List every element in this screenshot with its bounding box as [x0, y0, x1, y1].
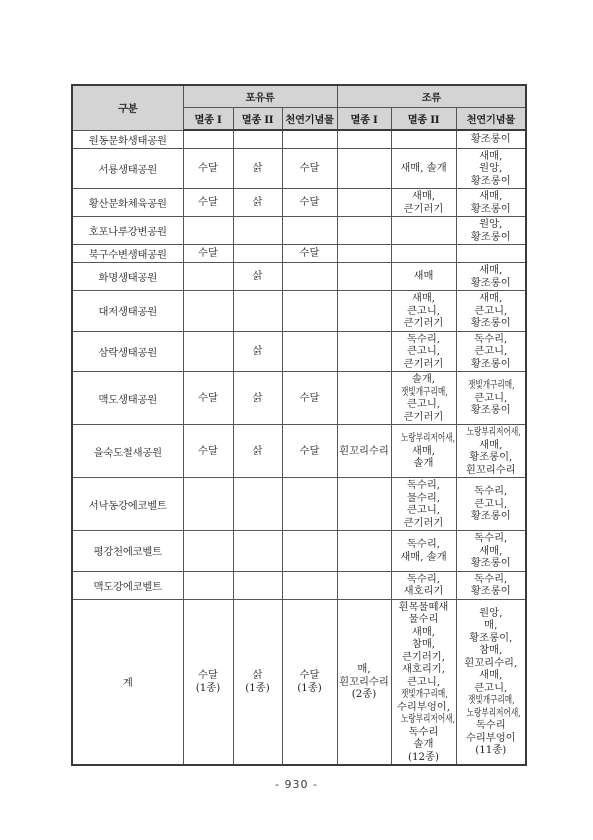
species-line: 수달 — [185, 669, 232, 682]
species-line: 큰고니, — [393, 345, 455, 358]
species-line: 흰꼬리수리 — [339, 676, 390, 689]
species-cell: 새매,큰고니,황조롱이 — [456, 291, 526, 332]
species-line: 흰꼬리수리 — [458, 464, 525, 477]
species-cell — [391, 245, 456, 263]
species-cell: 새매,황조롱이 — [456, 263, 526, 291]
species-line: 독수리, — [393, 333, 455, 346]
species-line: 잿빛개구리매, — [466, 694, 515, 707]
site-name-cell: 맥도생태공원 — [72, 372, 183, 425]
species-line: (1종) — [235, 682, 281, 695]
species-line: 황조롱이 — [458, 557, 525, 570]
species-line: 새호리기 — [393, 585, 455, 598]
site-name-cell: 원동문화생태공원 — [72, 130, 183, 148]
species-line: 황조롱이 — [458, 175, 525, 188]
species-line: 삵 — [235, 345, 281, 358]
species-line: 독수리, — [458, 573, 525, 586]
species-line: 새매, — [458, 669, 525, 682]
species-cell: 수달 — [183, 245, 233, 263]
species-cell — [391, 130, 456, 148]
table-row: 대저생태공원새매,큰고니,큰기러기새매,큰고니,황조롱이 — [72, 291, 526, 332]
species-cell: 흰목물떼새물수리새매,참매,큰기러기,새호리기,큰고니,잿빛개구리매,수리부엉이… — [391, 599, 456, 765]
species-cell — [337, 263, 391, 291]
species-cell: 솔개,잿빛개구리매,큰고니,큰기러기 — [391, 372, 456, 425]
species-line: 참매, — [458, 644, 525, 657]
species-cell — [233, 478, 282, 531]
species-cell — [233, 531, 282, 572]
species-line: 흰목물떼새 — [393, 601, 455, 614]
species-line: 잿빛개구리매, — [401, 386, 447, 399]
species-line: 황조롱이 — [458, 231, 525, 244]
species-line: 큰기러기 — [393, 203, 455, 216]
species-cell: 새매,황조롱이 — [456, 189, 526, 217]
species-line: 큰고니, — [393, 398, 455, 411]
species-line: 큰고니, — [393, 305, 455, 318]
species-line: 노랑부리저어새, — [401, 713, 447, 726]
species-cell — [183, 531, 233, 572]
species-line: 큰고니, — [458, 682, 525, 695]
species-line: 독수리, — [393, 538, 455, 551]
species-cell: 수달 — [282, 245, 337, 263]
species-cell: 독수리,큰고니,황조롱이 — [456, 478, 526, 531]
species-cell — [233, 130, 282, 148]
species-line: 새매, — [393, 292, 455, 305]
table-row: 계수달(1종)삵(1종)수달(1종)매,흰꼬리수리(2종)흰목물떼새물수리새매,… — [72, 599, 526, 765]
species-cell: 수달 — [282, 372, 337, 425]
table-row: 호포나루강변공원원앙,황조롱이 — [72, 217, 526, 245]
table-row: 맥도생태공원수달삵수달솔개,잿빛개구리매,큰고니,큰기러기잿빛개구리매,큰고니,… — [72, 372, 526, 425]
species-cell — [282, 130, 337, 148]
species-line: 참매, — [393, 638, 455, 651]
species-line: 잿빛개구리매, — [401, 688, 447, 701]
species-line: 큰고니, — [458, 498, 525, 511]
species-cell — [337, 331, 391, 372]
table-row: 북구수변생태공원수달수달 — [72, 245, 526, 263]
species-cell: 삵 — [233, 331, 282, 372]
species-line: 황조롱이 — [458, 358, 525, 371]
site-name-cell: 계 — [72, 599, 183, 765]
species-cell: 매,흰꼬리수리(2종) — [337, 599, 391, 765]
species-cell — [183, 331, 233, 372]
species-cell — [282, 291, 337, 332]
species-line: 황조롱이 — [458, 277, 525, 290]
species-cell: 삵 — [233, 372, 282, 425]
site-name-cell: 북구수변생태공원 — [72, 245, 183, 263]
species-cell — [337, 291, 391, 332]
col-header-birds: 조류 — [337, 85, 526, 108]
species-cell — [337, 217, 391, 245]
species-line: 수리부엉이, — [393, 701, 455, 714]
site-name-cell: 대저생태공원 — [72, 291, 183, 332]
species-line: 새매, — [393, 626, 455, 639]
species-line: (12종) — [393, 751, 455, 764]
col-header-mammal-natural-monument: 천연기념물 — [282, 108, 337, 131]
species-line: 독수리, — [393, 573, 455, 586]
site-name-cell: 서낙동강에코벨트 — [72, 478, 183, 531]
table-row: 서룡생태공원수달삵수달새매, 솔개새매,원앙,황조롱이 — [72, 148, 526, 189]
species-line: 큰기러기 — [393, 411, 455, 424]
species-cell: 새매,큰기러기 — [391, 189, 456, 217]
page-number: - 930 - — [0, 778, 593, 791]
species-cell — [337, 148, 391, 189]
col-header-mammal-endangered-2: 멸종 II — [233, 108, 282, 131]
species-cell: 독수리,새매,황조롱이 — [456, 531, 526, 572]
species-line: 수리부엉이 — [458, 732, 525, 745]
table-row: 삼락생태공원삵독수리,큰고니,큰기러기독수리,큰고니,황조롱이 — [72, 331, 526, 372]
species-line: 새매 — [393, 270, 455, 283]
col-header-bird-endangered-2: 멸종 II — [391, 108, 456, 131]
species-line: 물수리 — [393, 613, 455, 626]
species-line: 물수리, — [393, 492, 455, 505]
species-line: 독수리, — [458, 532, 525, 545]
table-row: 을숙도철새공원수달삵수달흰꼬리수리노랑부리저어새,새매,솔개노랑부리저어새,새매… — [72, 425, 526, 478]
species-line: 흰꼬리수리 — [339, 445, 390, 458]
species-cell — [183, 217, 233, 245]
table-row: 서낙동강에코벨트독수리,물수리,큰고니,큰기러기독수리,큰고니,황조롱이 — [72, 478, 526, 531]
species-cell — [183, 478, 233, 531]
species-line: 수달 — [185, 196, 232, 209]
species-line: 원앙, — [458, 162, 525, 175]
col-header-bird-endangered-1: 멸종 I — [337, 108, 391, 131]
species-line: 황조롱이, — [458, 632, 525, 645]
species-line: 솔개 — [393, 738, 455, 751]
species-cell: 수달(1종) — [183, 599, 233, 765]
species-cell — [456, 245, 526, 263]
species-line: (1종) — [284, 682, 336, 695]
species-line: 매, — [458, 619, 525, 632]
species-cell — [183, 571, 233, 599]
species-line: 삵 — [235, 270, 281, 283]
species-line: 큰기러기, — [393, 651, 455, 664]
site-name-cell: 삼락생태공원 — [72, 331, 183, 372]
species-cell — [337, 478, 391, 531]
species-line: 새매, — [458, 190, 525, 203]
species-line: 황조롱이 — [458, 317, 525, 330]
species-line: 새호리기, — [393, 663, 455, 676]
species-cell: 삵 — [233, 425, 282, 478]
species-cell — [337, 130, 391, 148]
site-name-cell: 화명생태공원 — [72, 263, 183, 291]
species-line: 황조롱이, — [458, 451, 525, 464]
species-line: 새매, — [458, 150, 525, 163]
species-line: 새매, 솔개 — [393, 162, 455, 175]
species-cell: 원앙,매,황조롱이,참매,흰꼬리수리,새매,큰고니,잿빛개구리매,노랑부리저어새… — [456, 599, 526, 765]
species-cell: 새매,큰고니,큰기러기 — [391, 291, 456, 332]
species-line: 큰기러기 — [393, 317, 455, 330]
species-cell — [282, 263, 337, 291]
species-line: 수달 — [185, 445, 232, 458]
species-line: 수달 — [284, 445, 336, 458]
species-cell — [282, 478, 337, 531]
species-line: 황조롱이 — [458, 585, 525, 598]
species-line: (1종) — [185, 682, 232, 695]
species-line: 큰고니, — [393, 676, 455, 689]
site-name-cell: 서룡생태공원 — [72, 148, 183, 189]
species-line: 황조롱이 — [458, 404, 525, 417]
species-cell: 수달 — [183, 425, 233, 478]
species-line: 황조롱이 — [458, 510, 525, 523]
species-cell: 노랑부리저어새,새매,솔개 — [391, 425, 456, 478]
document-page: 구분 포유류 조류 멸종 I 멸종 II 천연기념물 멸종 I 멸종 II 천연… — [0, 0, 593, 840]
species-line: 솔개, — [393, 373, 455, 386]
table-body: 원동문화생태공원황조롱이서룡생태공원수달삵수달새매, 솔개새매,원앙,황조롱이황… — [72, 130, 526, 765]
species-line: 삵 — [235, 445, 281, 458]
species-line: 새매, — [458, 264, 525, 277]
species-line: 원앙, — [458, 218, 525, 231]
species-cell: 원앙,황조롱이 — [456, 217, 526, 245]
species-cell: 수달 — [282, 425, 337, 478]
group-header-row: 구분 포유류 조류 — [72, 85, 526, 108]
species-line: 솔개 — [393, 457, 455, 470]
species-line: 독수리, — [393, 479, 455, 492]
species-line: 큰고니, — [458, 345, 525, 358]
site-name-cell: 호포나루강변공원 — [72, 217, 183, 245]
species-line: 새매, — [458, 292, 525, 305]
species-line: 삵 — [235, 669, 281, 682]
species-line: 수달 — [185, 392, 232, 405]
species-line: 새매, — [393, 190, 455, 203]
col-header-mammal-endangered-1: 멸종 I — [183, 108, 233, 131]
species-line: 원앙, — [458, 607, 525, 620]
col-header-category: 구분 — [72, 85, 183, 130]
species-line: 삵 — [235, 196, 281, 209]
species-cell: 수달 — [183, 189, 233, 217]
species-table: 구분 포유류 조류 멸종 I 멸종 II 천연기념물 멸종 I 멸종 II 천연… — [71, 84, 527, 766]
species-cell: 수달 — [282, 148, 337, 189]
species-cell: 새매,원앙,황조롱이 — [456, 148, 526, 189]
site-name-cell: 맥도강에코벨트 — [72, 571, 183, 599]
species-cell: 흰꼬리수리 — [337, 425, 391, 478]
species-line: 노랑부리저어새, — [466, 707, 515, 720]
species-cell: 노랑부리저어새,새매,황조롱이,흰꼬리수리 — [456, 425, 526, 478]
species-line: 독수리, — [458, 333, 525, 346]
species-cell — [233, 245, 282, 263]
species-line: 노랑부리저어새, — [466, 426, 515, 439]
species-cell: 수달 — [183, 148, 233, 189]
species-line: 큰고니, — [393, 504, 455, 517]
species-cell: 삵(1종) — [233, 599, 282, 765]
species-line: 새매, — [458, 439, 525, 452]
species-line: 황조롱이 — [458, 203, 525, 216]
table-row: 화명생태공원삵새매새매,황조롱이 — [72, 263, 526, 291]
species-cell: 삵 — [233, 148, 282, 189]
species-line: 수달 — [284, 162, 336, 175]
species-cell — [337, 571, 391, 599]
species-cell — [233, 571, 282, 599]
species-cell — [282, 571, 337, 599]
species-cell: 새매, 솔개 — [391, 148, 456, 189]
species-cell: 삵 — [233, 189, 282, 217]
table-header: 구분 포유류 조류 멸종 I 멸종 II 천연기념물 멸종 I 멸종 II 천연… — [72, 85, 526, 130]
species-line: 노랑부리저어새, — [401, 432, 447, 445]
species-line: 큰기러기 — [393, 358, 455, 371]
species-cell — [183, 263, 233, 291]
site-name-cell: 평강천에코벨트 — [72, 531, 183, 572]
species-line: 독수리 — [393, 726, 455, 739]
species-line: 큰고니, — [458, 392, 525, 405]
table-row: 원동문화생태공원황조롱이 — [72, 130, 526, 148]
table-row: 황산문화체육공원수달삵수달새매,큰기러기새매,황조롱이 — [72, 189, 526, 217]
species-cell — [337, 245, 391, 263]
table-row: 평강천에코벨트독수리,새매, 솔개독수리,새매,황조롱이 — [72, 531, 526, 572]
species-cell — [282, 331, 337, 372]
species-line: 새매, — [393, 445, 455, 458]
site-name-cell: 을숙도철새공원 — [72, 425, 183, 478]
col-header-bird-natural-monument: 천연기념물 — [456, 108, 526, 131]
species-line: 큰기러기 — [393, 517, 455, 530]
species-line: 수달 — [284, 392, 336, 405]
species-cell: 수달(1종) — [282, 599, 337, 765]
species-line: 수달 — [185, 247, 232, 260]
species-cell: 독수리,물수리,큰고니,큰기러기 — [391, 478, 456, 531]
site-name-cell: 황산문화체육공원 — [72, 189, 183, 217]
species-line: (2종) — [339, 688, 390, 701]
species-line: (11종) — [458, 744, 525, 757]
species-line: 흰꼬리수리, — [458, 657, 525, 670]
species-cell: 독수리,큰고니,큰기러기 — [391, 331, 456, 372]
species-cell: 삵 — [233, 263, 282, 291]
species-cell: 새매 — [391, 263, 456, 291]
species-line: 수달 — [284, 196, 336, 209]
species-line: 삵 — [235, 162, 281, 175]
species-cell: 수달 — [183, 372, 233, 425]
species-cell: 잿빛개구리매,큰고니,황조롱이 — [456, 372, 526, 425]
col-header-mammals: 포유류 — [183, 85, 337, 108]
species-cell — [391, 217, 456, 245]
species-line: 황조롱이 — [458, 133, 525, 146]
species-line: 새매, — [458, 545, 525, 558]
species-cell — [233, 291, 282, 332]
species-cell — [183, 291, 233, 332]
species-cell — [282, 217, 337, 245]
species-cell: 독수리,황조롱이 — [456, 571, 526, 599]
species-cell — [183, 130, 233, 148]
species-line: 수달 — [284, 669, 336, 682]
species-cell — [337, 189, 391, 217]
species-cell — [337, 531, 391, 572]
species-cell — [282, 531, 337, 572]
species-line: 매, — [339, 663, 390, 676]
species-line: 독수리 — [458, 719, 525, 732]
species-line: 삵 — [235, 392, 281, 405]
species-cell: 수달 — [282, 189, 337, 217]
species-cell: 독수리,새매, 솔개 — [391, 531, 456, 572]
species-cell: 독수리,큰고니,황조롱이 — [456, 331, 526, 372]
species-line: 큰고니, — [458, 305, 525, 318]
species-cell: 황조롱이 — [456, 130, 526, 148]
species-cell — [233, 217, 282, 245]
species-line: 새매, 솔개 — [393, 551, 455, 564]
species-line: 독수리, — [458, 485, 525, 498]
species-cell: 독수리,새호리기 — [391, 571, 456, 599]
species-line: 잿빛개구리매, — [466, 379, 515, 392]
table-row: 맥도강에코벨트독수리,새호리기독수리,황조롱이 — [72, 571, 526, 599]
species-line: 수달 — [185, 162, 232, 175]
species-line: 수달 — [284, 247, 336, 260]
species-cell — [337, 372, 391, 425]
